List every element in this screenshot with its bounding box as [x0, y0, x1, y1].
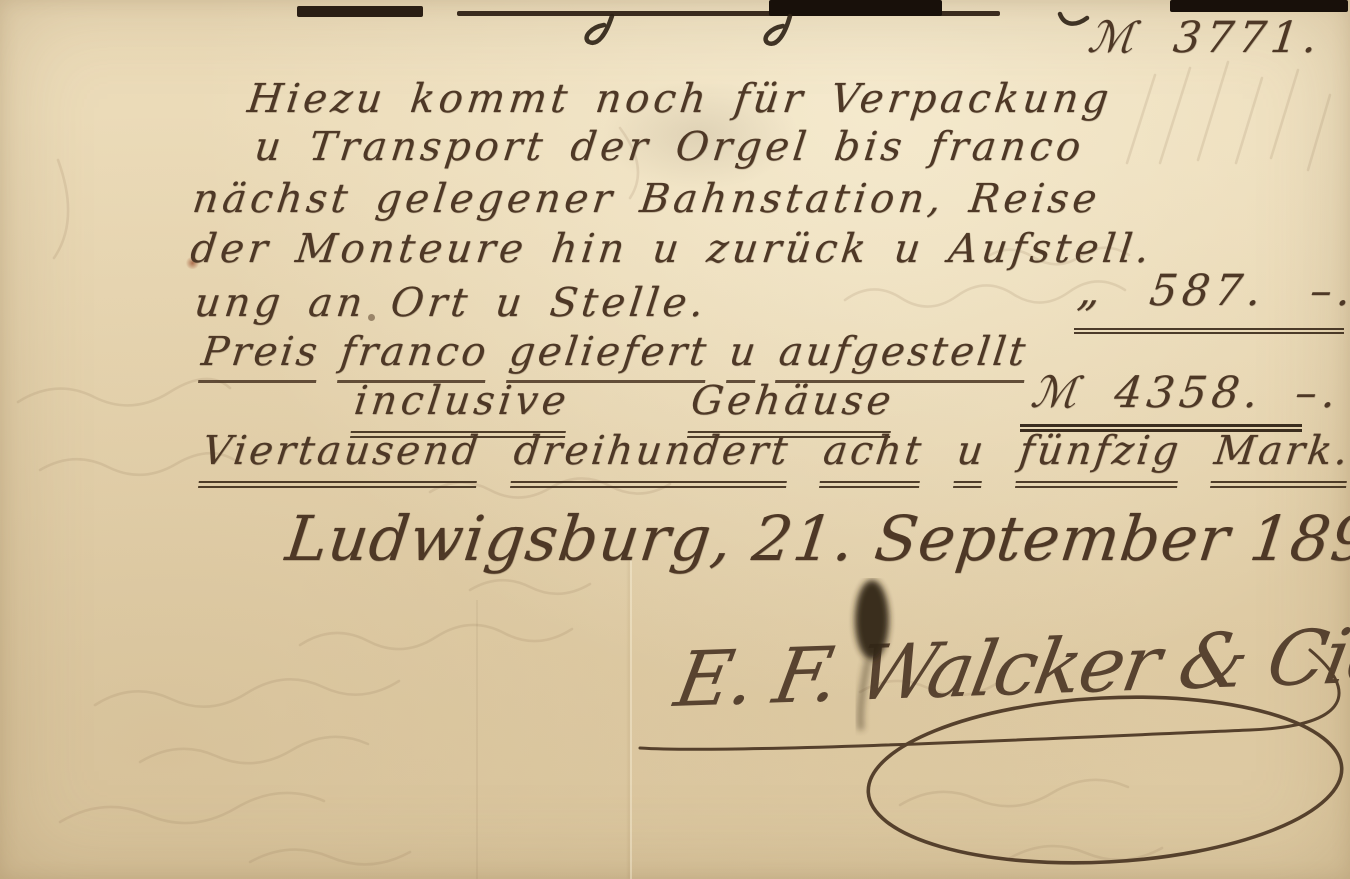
amount-total: ℳ 4358. –. [1028, 368, 1344, 418]
price-line: Preis franco geliefert u aufgestellt [198, 329, 1031, 383]
document-scan: ℳ 3771. –. Hiezu kommt noch für Verpacku… [0, 0, 1350, 879]
amount-packing-transport: „ 587. –. [1075, 266, 1350, 316]
body-line-1: Hiezu kommt noch für Verpackung [245, 76, 1115, 122]
dateline: Ludwigsburg, 21. September 1896. [282, 502, 1350, 575]
body-line-4: der Monteure hin u zurück u Aufstell. [188, 226, 1156, 272]
body-line-5: ung an Ort u Stelle. [192, 280, 710, 326]
price-word: Preis [198, 329, 323, 383]
amount-word: Viertausend [198, 428, 483, 488]
body-line-2: u Transport der Orgel bis franco [252, 124, 1087, 170]
signature: E. F. Walcker & Cie [610, 578, 1350, 878]
price-word: franco [337, 329, 492, 383]
price-word: u [726, 329, 761, 383]
amount-in-words-line: Viertausend dreihundert acht u fünfzig M… [198, 428, 1350, 488]
amount-carryover: ℳ 3771. –. [1085, 13, 1350, 63]
amount-word: acht [819, 428, 926, 488]
amount-word: fünfzig [1015, 428, 1184, 488]
amount-word: dreihundert [510, 428, 793, 488]
amount-underline [1074, 328, 1344, 334]
amount-word: Mark. [1210, 428, 1350, 488]
paper-crease [476, 600, 478, 879]
price-word: aufgestellt [775, 329, 1030, 383]
price-word: geliefert [506, 329, 712, 383]
body-line-3: nächst gelegener Bahnstation, Reise [190, 176, 1103, 222]
amount-word: u [953, 428, 989, 488]
